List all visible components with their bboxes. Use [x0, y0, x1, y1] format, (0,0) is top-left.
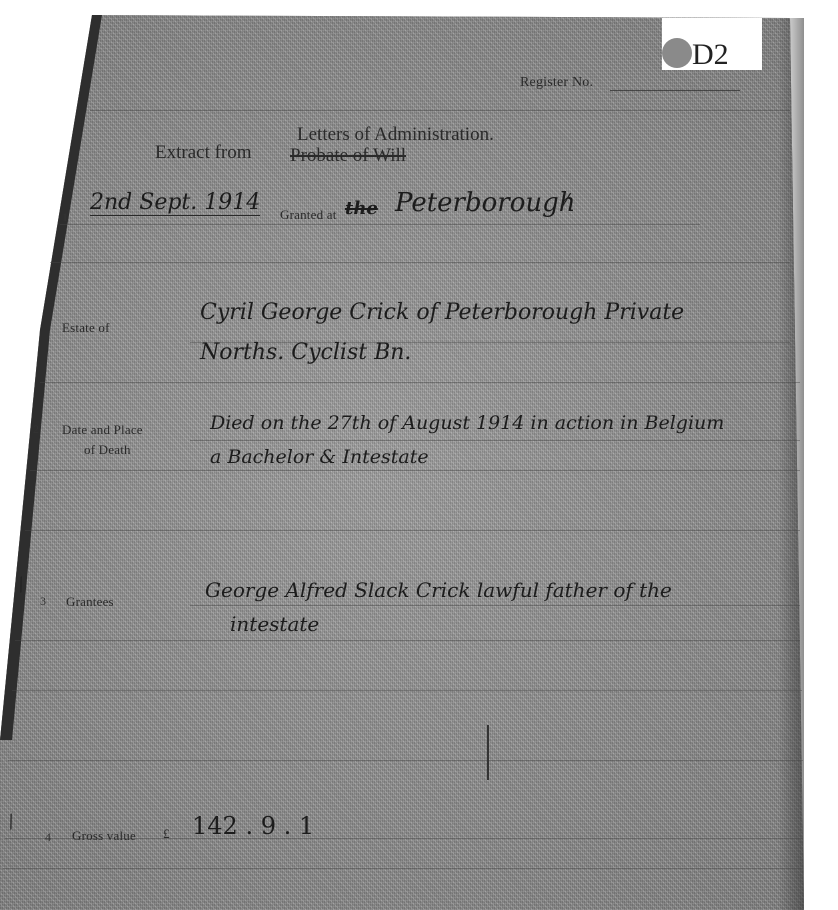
gross-value-amount: 142 . 9 . 1	[192, 812, 314, 840]
tag-dot-icon	[662, 38, 692, 68]
ruled-line	[25, 530, 800, 531]
death-label-line1: Date and Place	[62, 422, 143, 438]
ruled-line	[8, 760, 803, 761]
ruled-line	[90, 110, 790, 111]
ruled-line	[15, 640, 800, 641]
gross-value-label: Gross value	[72, 828, 136, 844]
register-number-line	[610, 90, 740, 91]
section-number: 3	[40, 594, 46, 609]
granted-at-struck: the	[345, 198, 378, 219]
grant-date: 2nd Sept. 1914	[90, 190, 260, 216]
ruled-line	[12, 690, 802, 691]
scanned-document-page: D2 Register No. Letters of Administratio…	[0, 0, 838, 910]
tag-label: D2	[692, 40, 729, 70]
ruled-line	[190, 440, 800, 441]
ruled-line	[3, 868, 803, 869]
ruled-line	[190, 605, 800, 606]
gross-value-currency: £	[163, 826, 170, 842]
section-number: 2	[33, 422, 39, 437]
ruled-line	[60, 224, 700, 225]
grantees-value-line2: intestate	[230, 612, 319, 636]
section-number: 4	[45, 830, 51, 845]
ruled-line	[30, 470, 800, 471]
tick-mark-icon: ⁄	[565, 190, 568, 211]
granted-at-place: Peterborough	[395, 188, 576, 218]
grantees-value-line1: George Alfred Slack Crick lawful father …	[205, 578, 672, 602]
paper-right-edge	[778, 18, 804, 910]
estate-of-label: Estate of	[62, 320, 110, 336]
pen-stroke-mark	[487, 725, 489, 780]
extract-from-label: Extract from	[155, 142, 252, 164]
document-tag: D2	[662, 18, 762, 70]
death-label-line2: of Death	[84, 442, 131, 458]
ruled-line	[50, 262, 790, 263]
estate-of-value-line1: Cyril George Crick of Peterborough Priva…	[200, 300, 684, 325]
granted-at-label: Granted at	[280, 207, 337, 223]
estate-of-value-line2: Norths. Cyclist Bn.	[200, 340, 411, 365]
ruled-line	[40, 382, 800, 383]
grantees-label: Grantees	[66, 594, 114, 610]
section-number: 1	[62, 210, 68, 225]
document-title-replacement: Letters of Administration.	[297, 124, 494, 146]
document-title-struck: Probate of Will	[290, 145, 406, 167]
death-value-line1: Died on the 27th of August 1914 in actio…	[210, 412, 724, 434]
register-number-label: Register No.	[520, 75, 593, 91]
death-value-line2: a Bachelor & Intestate	[210, 446, 429, 468]
